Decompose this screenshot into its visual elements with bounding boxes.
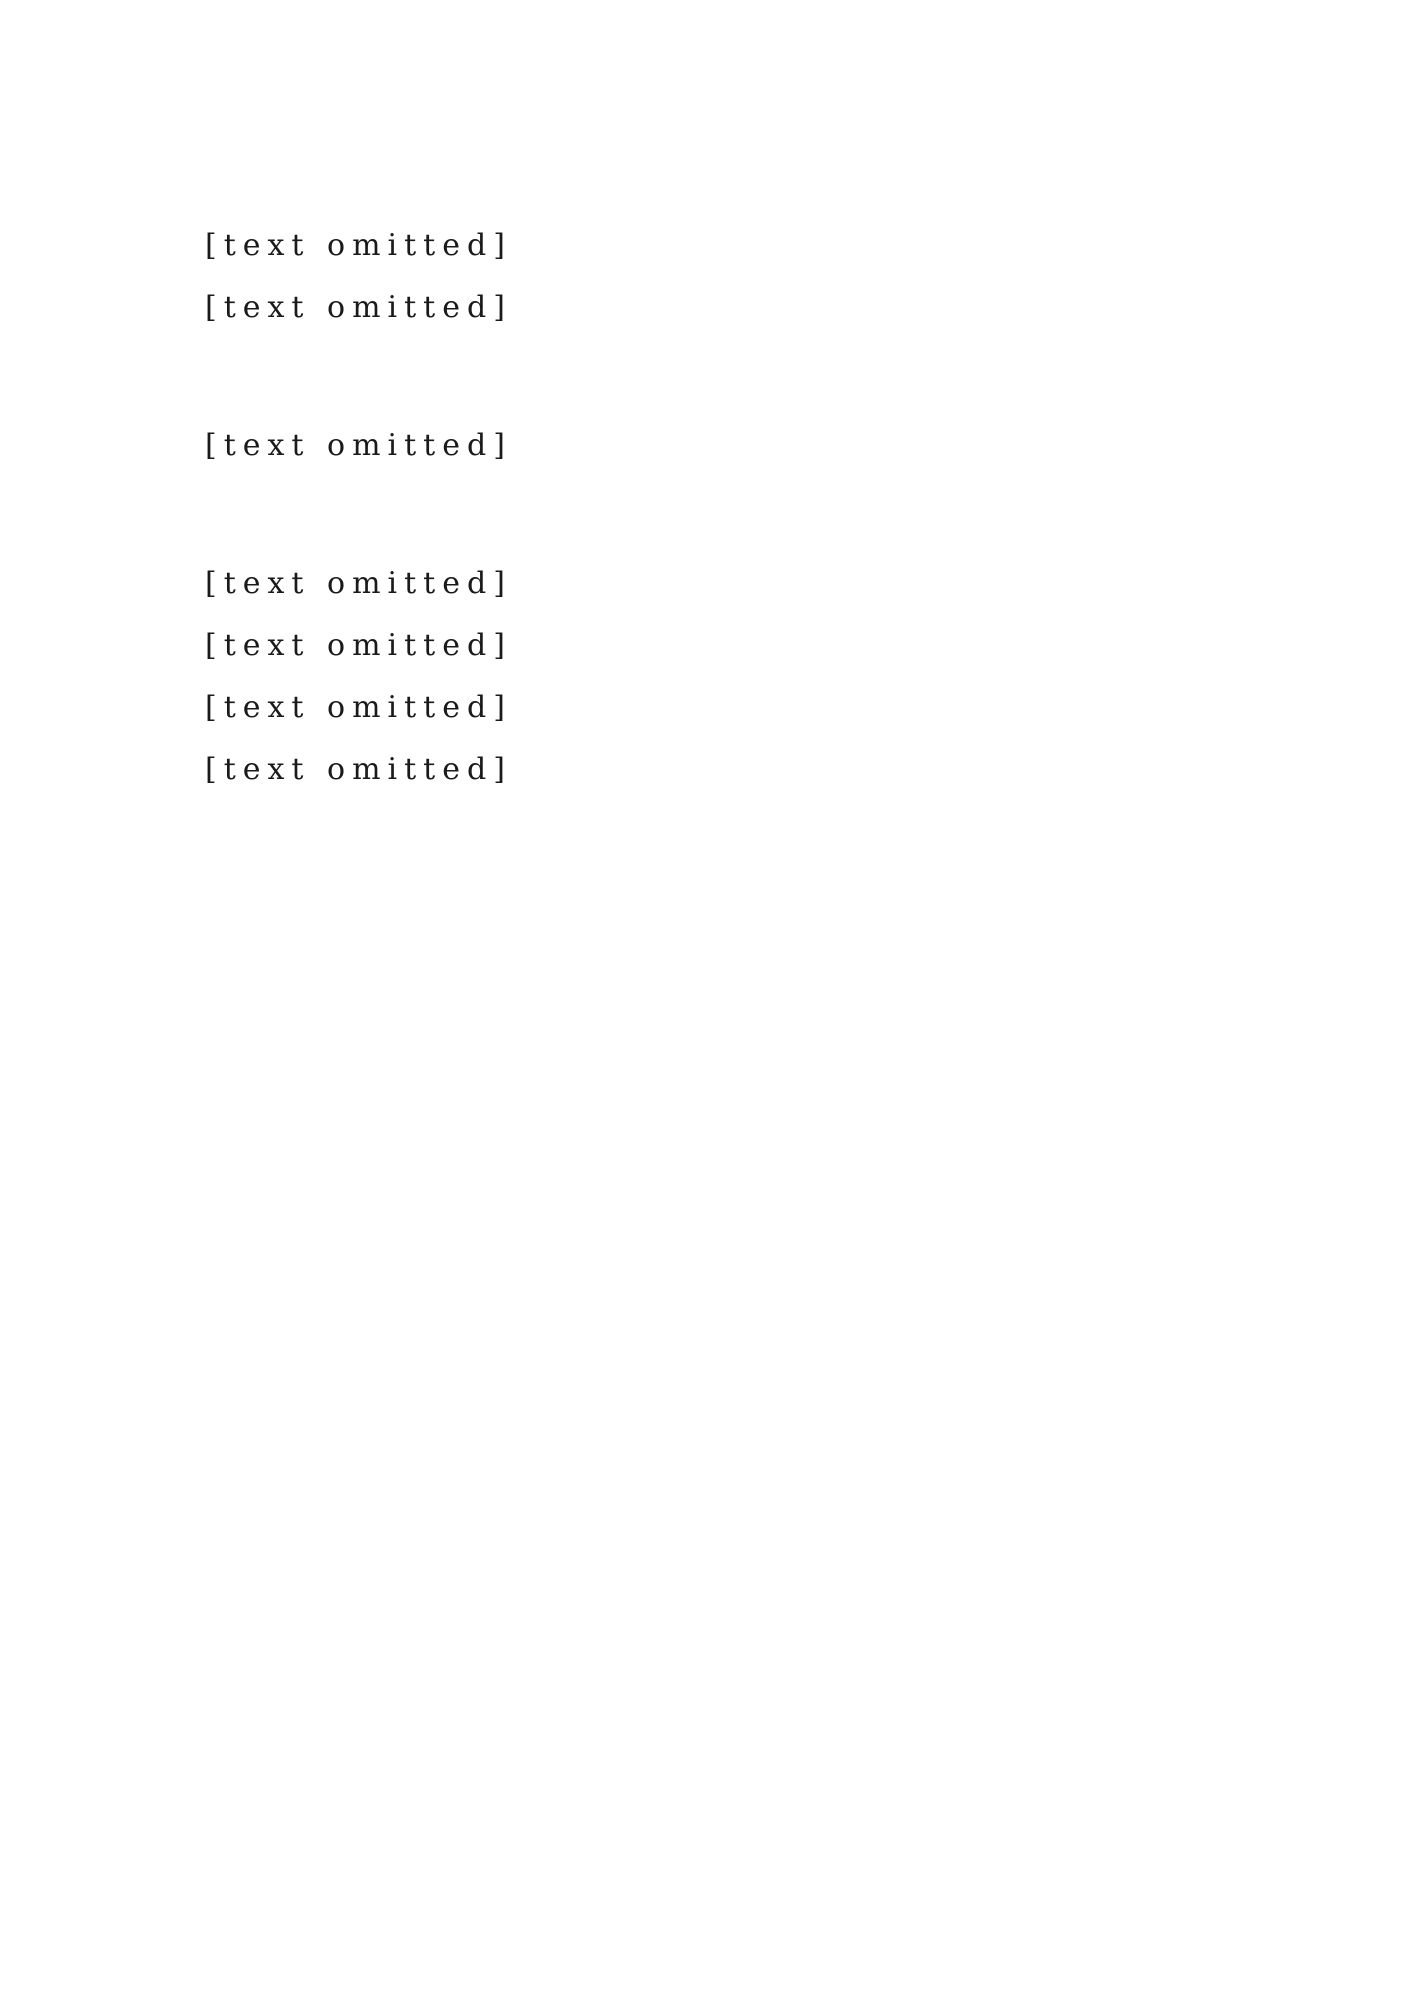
text-line: [text omitted] <box>205 415 1215 477</box>
text-line: [text omitted] <box>205 739 1215 801</box>
text-line: [text omitted] <box>205 677 1215 739</box>
document-page: [text omitted][text omitted][text omitte… <box>205 215 1215 801</box>
text-line: [text omitted] <box>205 553 1215 615</box>
paragraph-gap <box>205 477 1215 553</box>
text-line: [text omitted] <box>205 615 1215 677</box>
text-line: [text omitted] <box>205 277 1215 339</box>
text-line: [text omitted] <box>205 215 1215 277</box>
paragraph-gap <box>205 339 1215 415</box>
